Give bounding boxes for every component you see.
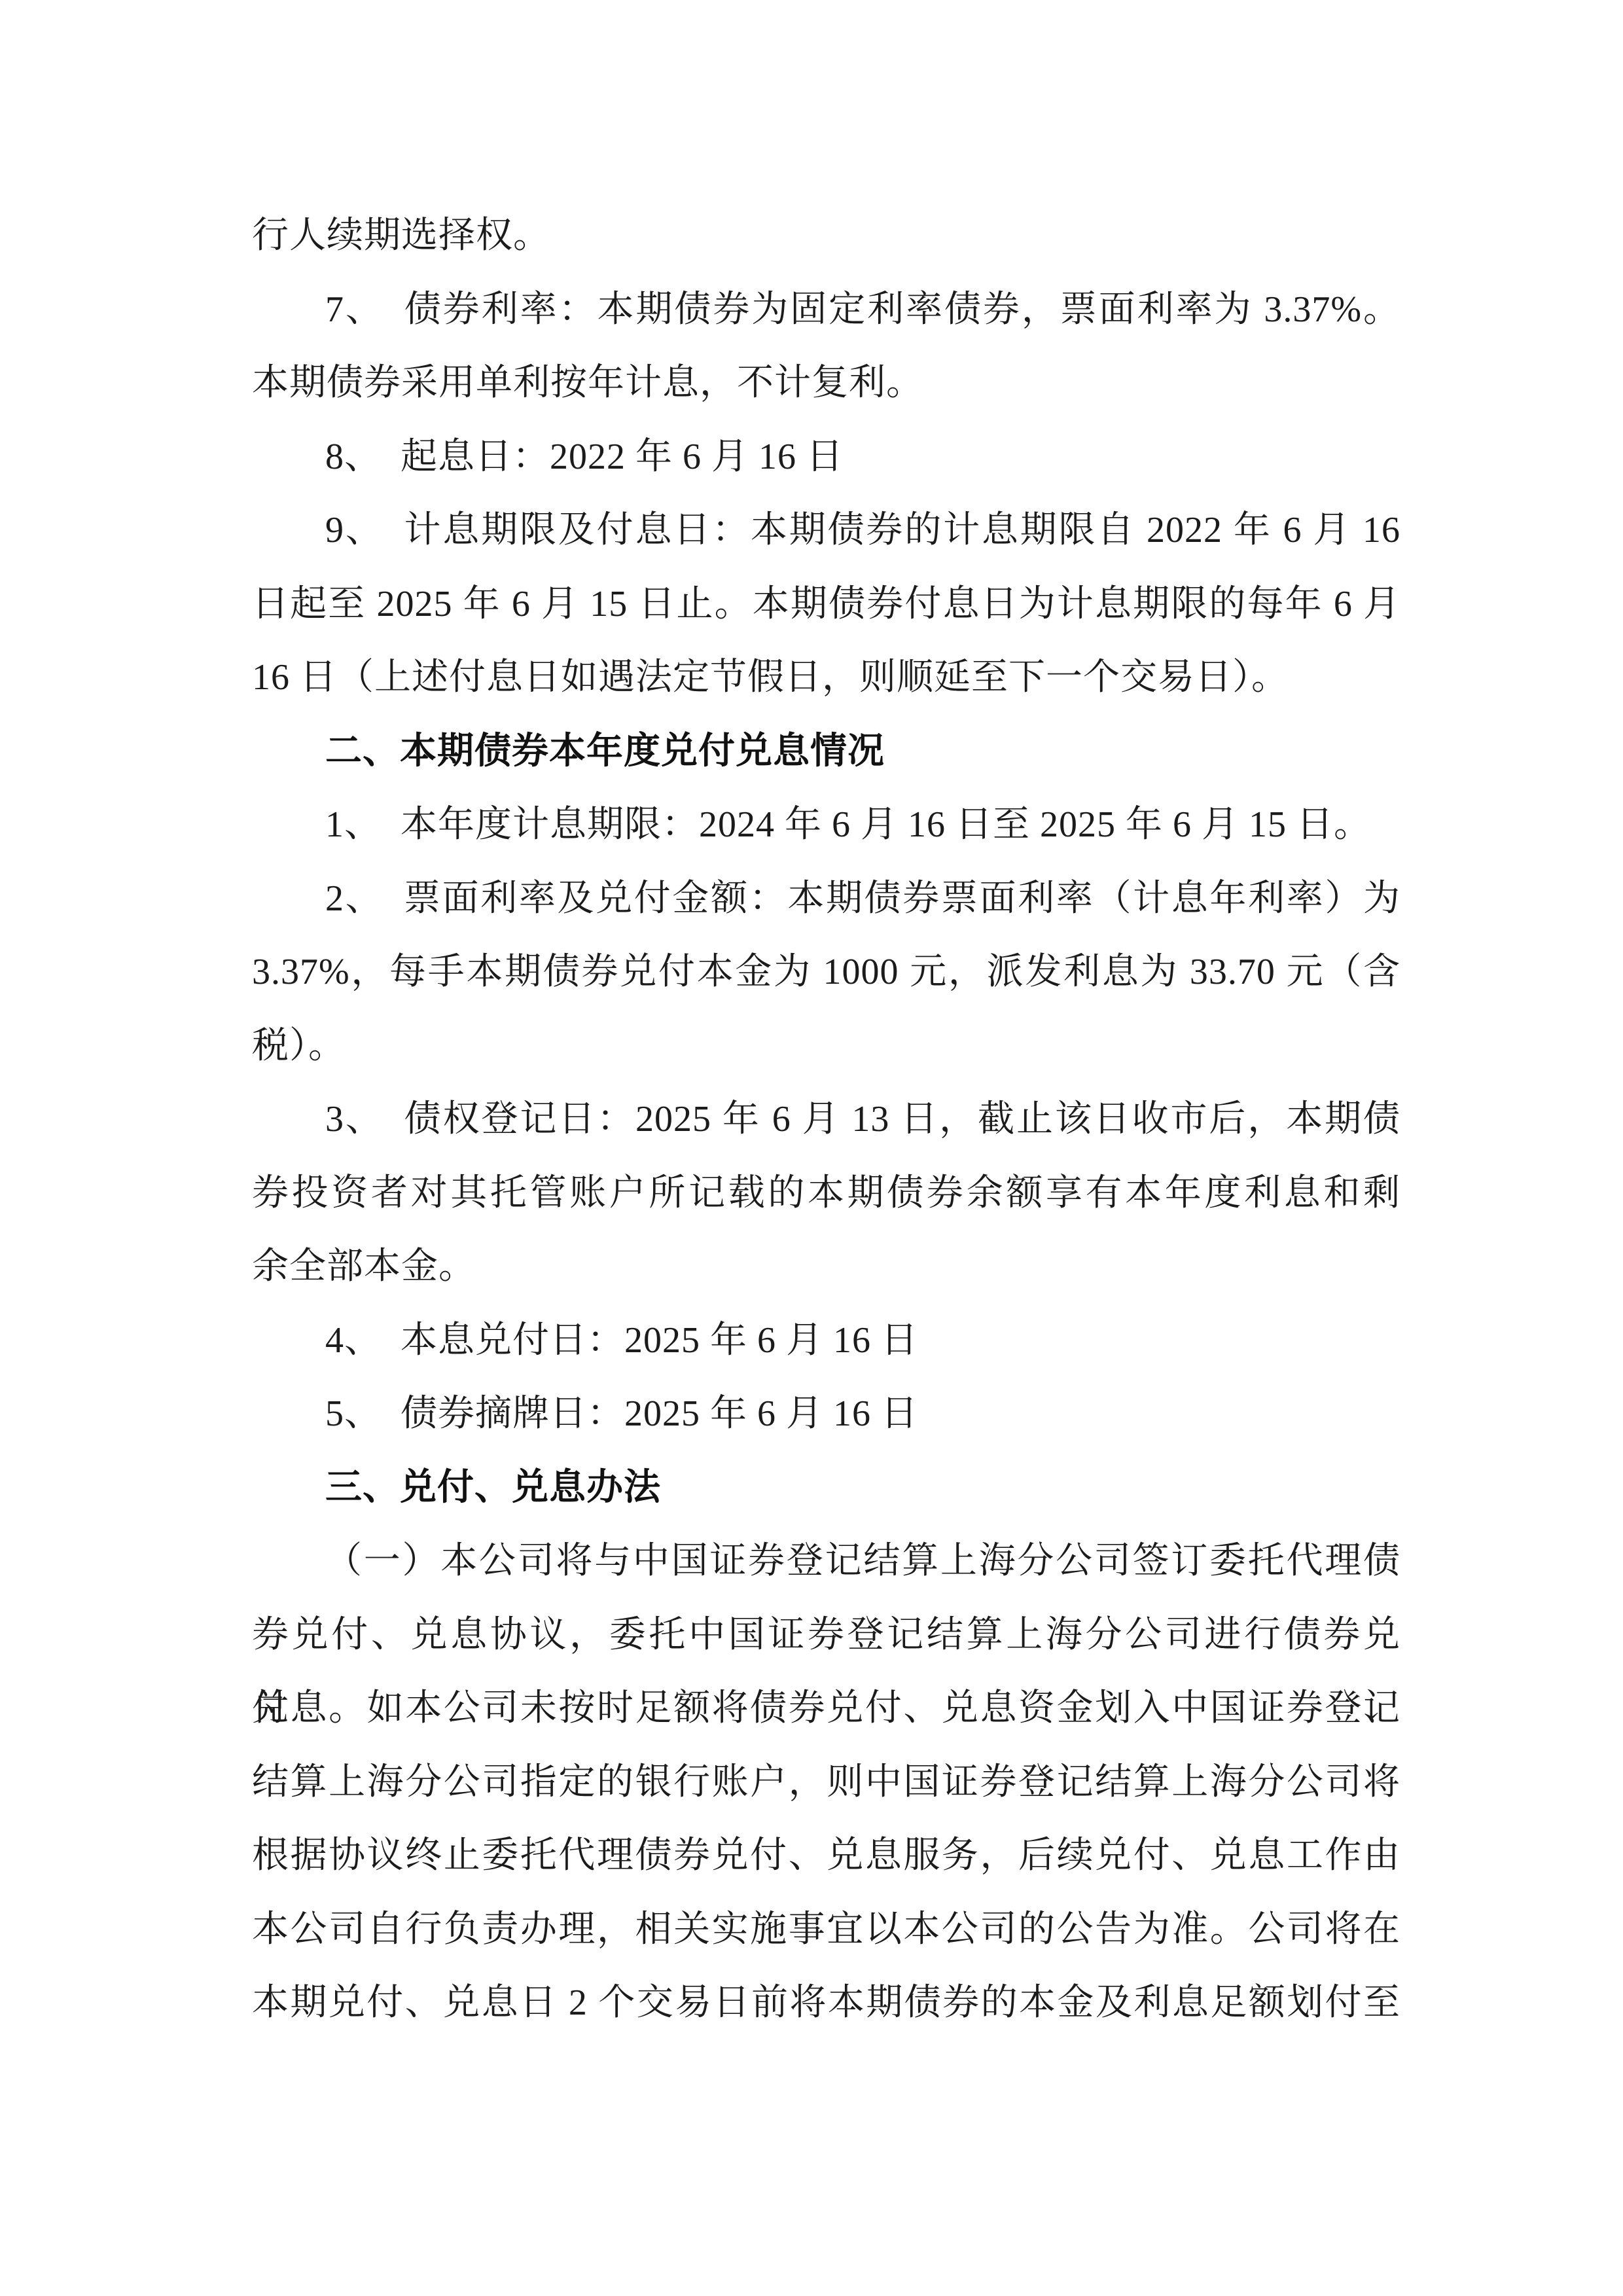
text-line: 8、 起息日：2022 年 6 月 16 日: [252, 420, 1400, 494]
text-line: 2、 票面利率及兑付金额：本期债券票面利率（计息年利率）为: [252, 862, 1400, 936]
text-line: 税）。: [252, 1009, 1400, 1083]
section-heading: 三、兑付、兑息办法: [252, 1451, 1400, 1525]
text-line: 兑息。如本公司未按时足额将债券兑付、兑息资金划入中国证券登记: [252, 1672, 1400, 1746]
text-line: 行人续期选择权。: [252, 199, 1400, 273]
text-line: 本期债券采用单利按年计息，不计复利。: [252, 346, 1400, 420]
text-line: 券投资者对其托管账户所记载的本期债券余额享有本年度利息和剩: [252, 1157, 1400, 1230]
text-line: 3、 债权登记日：2025 年 6 月 13 日，截止该日收市后，本期债: [252, 1083, 1400, 1157]
text-line: （一）本公司将与中国证券登记结算上海分公司签订委托代理债: [252, 1524, 1400, 1598]
text-line: 1、 本年度计息期限：2024 年 6 月 16 日至 2025 年 6 月 1…: [252, 788, 1400, 862]
text-line: 结算上海分公司指定的银行账户，则中国证券登记结算上海分公司将: [252, 1746, 1400, 1820]
text-line: 本期兑付、兑息日 2 个交易日前将本期债券的本金及利息足额划付至: [252, 1966, 1400, 2040]
document-page: 行人续期选择权。7、 债券利率：本期债券为固定利率债券，票面利率为 3.37%。…: [0, 0, 1623, 2296]
section-heading: 二、本期债券本年度兑付兑息情况: [252, 715, 1400, 789]
text-line: 4、 本息兑付日：2025 年 6 月 16 日: [252, 1304, 1400, 1378]
text-line: 日起至 2025 年 6 月 15 日止。本期债券付息日为计息期限的每年 6 月: [252, 567, 1400, 641]
text-line: 9、 计息期限及付息日：本期债券的计息期限自 2022 年 6 月 16: [252, 493, 1400, 567]
text-line: 3.37%，每手本期债券兑付本金为 1000 元，派发利息为 33.70 元（含: [252, 935, 1400, 1009]
text-line: 本公司自行负责办理，相关实施事宜以本公司的公告为准。公司将在: [252, 1893, 1400, 1967]
text-line: 5、 债券摘牌日：2025 年 6 月 16 日: [252, 1377, 1400, 1451]
text-line: 余全部本金。: [252, 1230, 1400, 1304]
text-line: 券兑付、兑息协议，委托中国证券登记结算上海分公司进行债券兑付、: [252, 1598, 1400, 1672]
text-line: 7、 债券利率：本期债券为固定利率债券，票面利率为 3.37%。: [252, 273, 1400, 347]
text-line: 根据协议终止委托代理债券兑付、兑息服务，后续兑付、兑息工作由: [252, 1819, 1400, 1893]
text-line: 16 日（上述付息日如遇法定节假日，则顺延至下一个交易日）。: [252, 641, 1400, 715]
text-block: 行人续期选择权。7、 债券利率：本期债券为固定利率债券，票面利率为 3.37%。…: [252, 199, 1400, 2040]
